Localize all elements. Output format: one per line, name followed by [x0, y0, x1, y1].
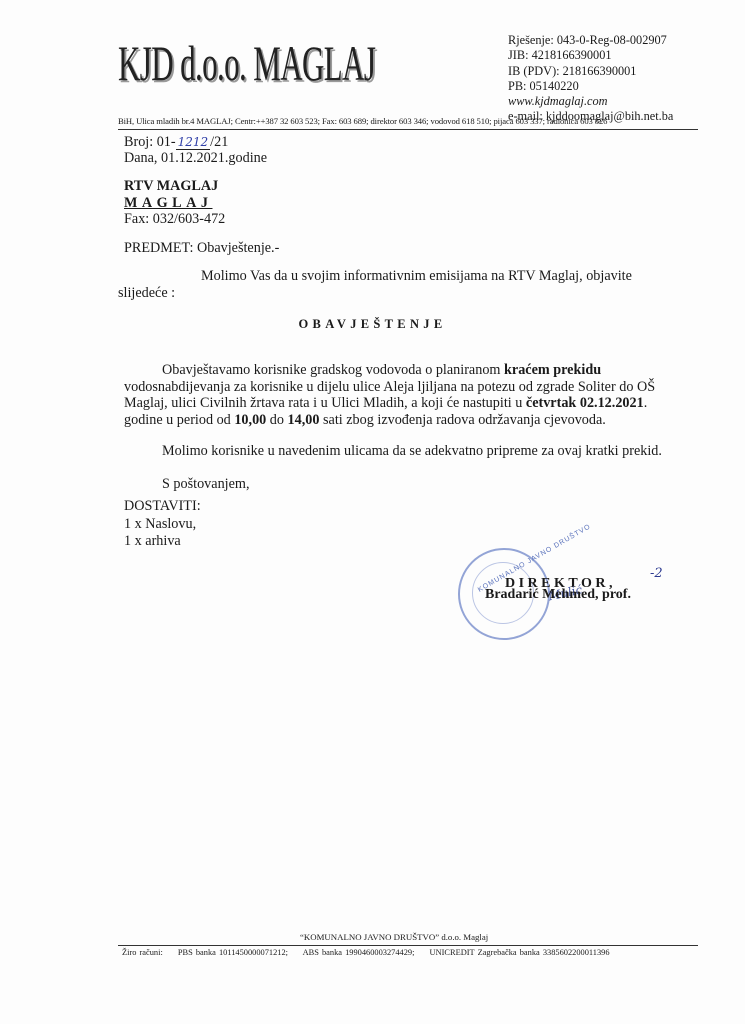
- text: sati zbog izvođenja radova održavanja cj…: [319, 412, 605, 428]
- website-link[interactable]: www.kjdmaglaj.com: [508, 94, 673, 109]
- text: do: [266, 412, 287, 428]
- address-line: BiH, Ulica mladih br.4 MAGLAJ; Centr:++3…: [118, 116, 607, 126]
- signatory-name: Bradarić Mehmed, prof.: [485, 587, 631, 603]
- footer-bank-accounts: Žiro računi: PBS banka 1011450000071212;…: [122, 948, 622, 957]
- notice-paragraph-2: Molimo korisnike u navedenim ulicama da …: [162, 443, 662, 460]
- bank-account: UNICREDIT Zagrebačka banka 3385602200011…: [430, 948, 610, 957]
- accounts-label: Žiro računi:: [122, 948, 163, 957]
- notice-paragraph: Obavještavamo korisnike gradskog vodovod…: [124, 362, 680, 428]
- company-logo: KJD d.o.o. MAGLAJ: [118, 38, 375, 88]
- broj-handwritten: 1212: [176, 135, 211, 150]
- text: Obavještavamo korisnike gradskog vodovod…: [162, 362, 504, 378]
- distribution-item: 1 x Naslovu,: [124, 516, 201, 534]
- handwritten-mark: -2: [650, 566, 663, 581]
- recipient-name: RTV MAGLAJ: [124, 178, 218, 195]
- emphasis-short-outage: kraćem prekidu: [504, 362, 601, 378]
- pb: PB: 05140220: [508, 79, 673, 94]
- recipient-city: MAGLAJ: [124, 195, 212, 212]
- footer-divider: [118, 945, 698, 946]
- document-number: Broj: 01-1212/21: [124, 134, 228, 151]
- jib: JIB: 4218166390001: [508, 48, 673, 63]
- emphasis-end-time: 14,00: [288, 412, 320, 428]
- recipient-fax: Fax: 032/603-472: [124, 211, 225, 228]
- bank-account: ABS banka 1990460003274429;: [303, 948, 415, 957]
- emphasis-start-time: 10,00: [234, 412, 266, 428]
- broj-label: Broj: 01-: [124, 134, 176, 150]
- registration-block: Rješenje: 043-0-Reg-08-002907 JIB: 42181…: [508, 33, 673, 125]
- intro-line-2: slijedeće :: [118, 285, 175, 302]
- intro-line-1: Molimo Vas da u svojim informativnim emi…: [201, 268, 632, 285]
- registration-number: Rješenje: 043-0-Reg-08-002907: [508, 33, 673, 48]
- bank-account: PBS banka 1011450000071212;: [178, 948, 288, 957]
- ib-pdv: IB (PDV): 218166390001: [508, 64, 673, 79]
- closing: S poštovanjem,: [162, 476, 250, 493]
- broj-suffix: /21: [210, 134, 228, 150]
- notice-title: OBAVJEŠTENJE: [0, 317, 745, 332]
- document-date: Dana, 01.12.2021.godine: [124, 150, 267, 167]
- distribution-list: DOSTAVITI: 1 x Naslovu, 1 x arhiva: [124, 498, 201, 551]
- header-divider: [118, 129, 698, 130]
- emphasis-date: četvrtak 02.12.2021: [526, 395, 644, 411]
- footer-company: “KOMUNALNO JAVNO DRUŠTVO” d.o.o. Maglaj: [300, 932, 488, 942]
- subject-line: PREDMET: Obavještenje.-: [124, 240, 279, 257]
- distribution-label: DOSTAVITI:: [124, 498, 201, 516]
- distribution-item: 1 x arhiva: [124, 533, 201, 551]
